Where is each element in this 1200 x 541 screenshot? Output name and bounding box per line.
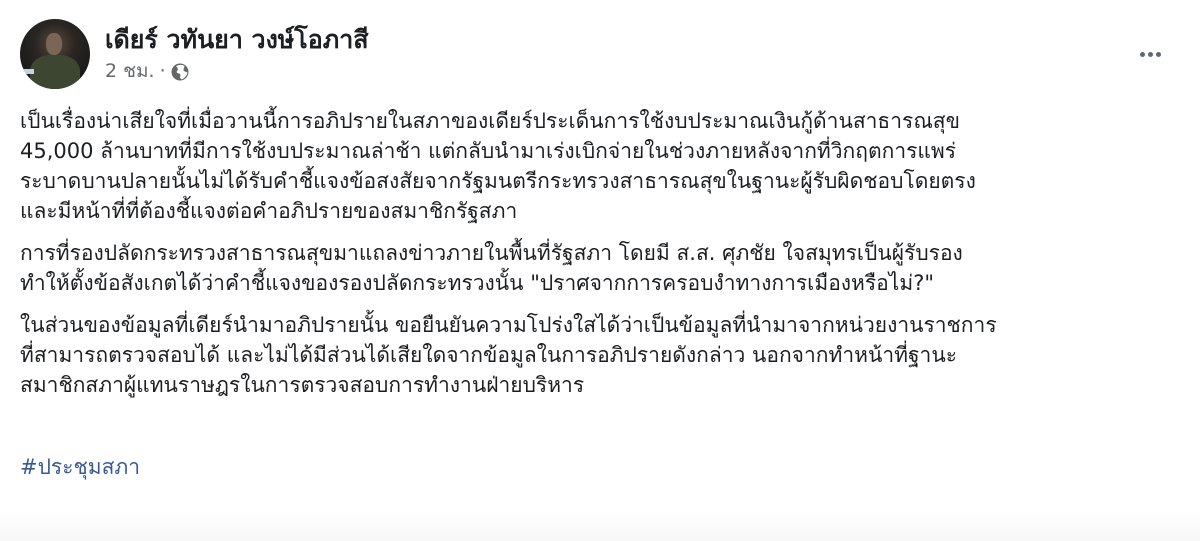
post-timestamp[interactable]: 2 ชม. xyxy=(105,58,155,84)
facebook-post: เดียร์ วทันยา วงษ์โอภาสี 2 ชม. · เป็นเรื… xyxy=(0,0,1200,541)
more-options-button[interactable] xyxy=(1130,44,1170,64)
author-name-link[interactable]: เดียร์ วทันยา วงษ์โอภาสี xyxy=(105,24,369,56)
more-horizontal-icon xyxy=(1148,52,1153,57)
avatar-figure-face xyxy=(46,33,62,55)
author-avatar[interactable] xyxy=(20,19,90,89)
post-paragraph-3: ในส่วนของข้อมูลที่เดียร์นำมาอภิปรายนั้น … xyxy=(20,310,1190,400)
more-horizontal-icon xyxy=(1140,52,1145,57)
more-horizontal-icon xyxy=(1156,52,1161,57)
header-text: เดียร์ วทันยา วงษ์โอภาสี 2 ชม. · xyxy=(105,24,369,84)
post-paragraph-1: เป็นเรื่องน่าเสียใจที่เมื่อวานนี้การอภิป… xyxy=(20,106,1190,226)
globe-icon[interactable] xyxy=(171,62,189,80)
post-footer-divider xyxy=(0,510,1200,541)
avatar-badge xyxy=(22,69,34,74)
meta-separator: · xyxy=(160,58,166,84)
post-body: เป็นเรื่องน่าเสียใจที่เมื่อวานนี้การอภิป… xyxy=(20,106,1190,412)
post-header: เดียร์ วทันยา วงษ์โอภาสี 2 ชม. · xyxy=(20,18,369,90)
post-meta: 2 ชม. · xyxy=(105,58,369,84)
post-paragraph-2: การที่รองปลัดกระทรวงสาธารณสุขมาแถลงข่าวภ… xyxy=(20,238,1190,298)
avatar-figure-body xyxy=(30,55,80,89)
hashtag-link[interactable]: #ประชุมสภา xyxy=(20,452,140,482)
